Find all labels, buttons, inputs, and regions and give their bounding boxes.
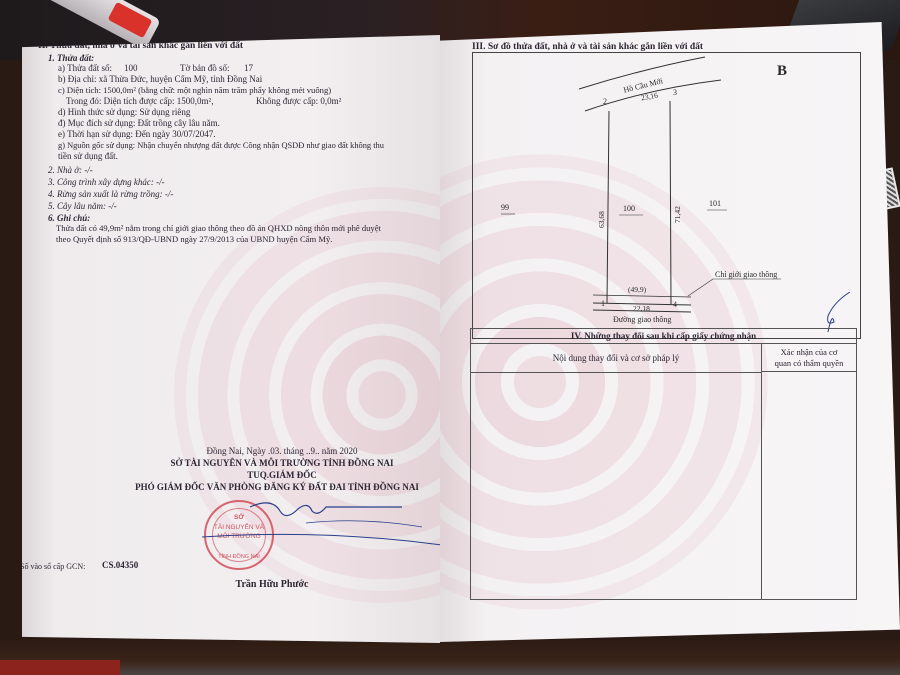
item-value: -/- (84, 165, 93, 175)
house-item: 2. Nhà ở: -/- (48, 165, 93, 176)
origin-line1: g) Nguồn gốc sử dụng: Nhận chuyển nhượng… (58, 140, 384, 151)
area-not-granted: Không được cấp: 0,0m² (256, 96, 341, 107)
item-label: 2. Nhà ở: (48, 165, 82, 175)
point-2: 2 (603, 97, 607, 106)
use-form: d) Hình thức sử dụng: Sử dụng riêng (58, 107, 190, 118)
other-construction-item: 3. Công trình xây dựng khác: -/- (48, 177, 165, 188)
point-3: 3 (673, 88, 677, 97)
signature (202, 497, 440, 557)
notes-line1: Thửa đất có 49,9m² nằm trong chỉ giới gi… (56, 223, 381, 234)
desk-edge (0, 640, 900, 675)
changes-confirmation-cell (762, 373, 856, 599)
point-1: 1 (601, 299, 605, 308)
north-arrow-icon: B (777, 63, 787, 80)
address: b) Địa chỉ: xã Thừa Đức, huyện Cẩm Mỹ, t… (58, 74, 262, 85)
plot-lines (473, 53, 860, 338)
right-length: 71,42 (673, 206, 682, 223)
changes-col-content: Nội dung thay đổi và cơ sở pháp lý (471, 344, 762, 373)
agency-name: SỞ TÀI NGUYÊN VÀ MÔI TRƯỜNG TỈNH ĐỒNG NA… (132, 458, 432, 469)
map-sheet-label: Tờ bản đồ số: (180, 63, 230, 74)
signing-date: Đồng Nai, Ngày .03. tháng ..9.. năm 2020 (132, 446, 432, 457)
traffic-boundary-label: Chỉ giới giao thông (715, 270, 777, 279)
signer-name: Trần Hữu Phước (172, 579, 372, 590)
changes-col-confirmation: Xác nhận của cơ quan có thẩm quyền (762, 344, 856, 372)
notes-line2: theo Quyết định số 913/QĐ-UBND ngày 27/9… (56, 234, 332, 245)
registry-number: CS.04350 (102, 560, 138, 571)
road-area: (49,9) (628, 285, 646, 294)
item-value: -/- (165, 189, 174, 199)
parcel-no-label: a) Thửa đất số: (58, 63, 112, 74)
parcel-100: 100 (623, 204, 635, 213)
item-label: 3. Công trình xây dựng khác: (48, 177, 154, 187)
item-label: 4. Rừng sản xuất là rừng trồng: (48, 189, 163, 199)
on-behalf: TUQ.GIÁM ĐỐC (132, 470, 432, 481)
land-plot-diagram: B Hồ Cầu Mới 23,16 2 3 63,68 71,42 99 10… (472, 52, 861, 339)
use-term: e) Thời hạn sử dụng: Đến ngày 30/07/2047… (58, 129, 215, 140)
background-object (0, 660, 120, 675)
point-4: 4 (673, 300, 677, 309)
changes-table: IV. Những thay đổi sau khi cấp giấy chứn… (470, 328, 857, 600)
item-value: -/- (156, 177, 165, 187)
area: c) Diện tích: 1500,0m² (bằng chữ: một ng… (58, 85, 331, 96)
neighbor-99: 99 (501, 203, 509, 212)
item-label: 5. Cây lâu năm: (48, 201, 106, 211)
area-granted: Trong đó: Diện tích được cấp: 1500,0m², (66, 96, 214, 107)
changes-content-cell (471, 373, 762, 599)
neighbor-101: 101 (709, 199, 721, 208)
right-page: III. Sơ đồ thửa đất, nhà ở và tài sản kh… (440, 22, 900, 642)
bottom-road-label: Đường giao thông (613, 315, 671, 324)
item-value: -/- (108, 201, 117, 211)
use-purpose: đ) Mục đích sử dụng: Đất trồng cây lâu n… (58, 118, 220, 129)
perennial-tree-item: 5. Cây lâu năm: -/- (48, 201, 117, 212)
bottom-length: 22,18 (633, 304, 650, 313)
left-page: II. Thửa đất, nhà ở và tài sản khác gắn … (22, 35, 440, 643)
map-sheet: 17 (244, 63, 253, 74)
left-length: 63,68 (597, 211, 606, 228)
production-forest-item: 4. Rừng sản xuất là rừng trồng: -/- (48, 189, 173, 200)
signer-position: PHÓ GIÁM ĐỐC VĂN PHÒNG ĐĂNG KÝ ĐẤT ĐAI T… (107, 482, 440, 493)
origin-line2: tiền sử dụng đất. (58, 151, 118, 162)
changes-title: IV. Những thay đổi sau khi cấp giấy chứn… (471, 329, 856, 344)
registry-label: Số vào sổ cấp GCN: (22, 561, 85, 572)
parcel-no: 100 (124, 63, 138, 74)
